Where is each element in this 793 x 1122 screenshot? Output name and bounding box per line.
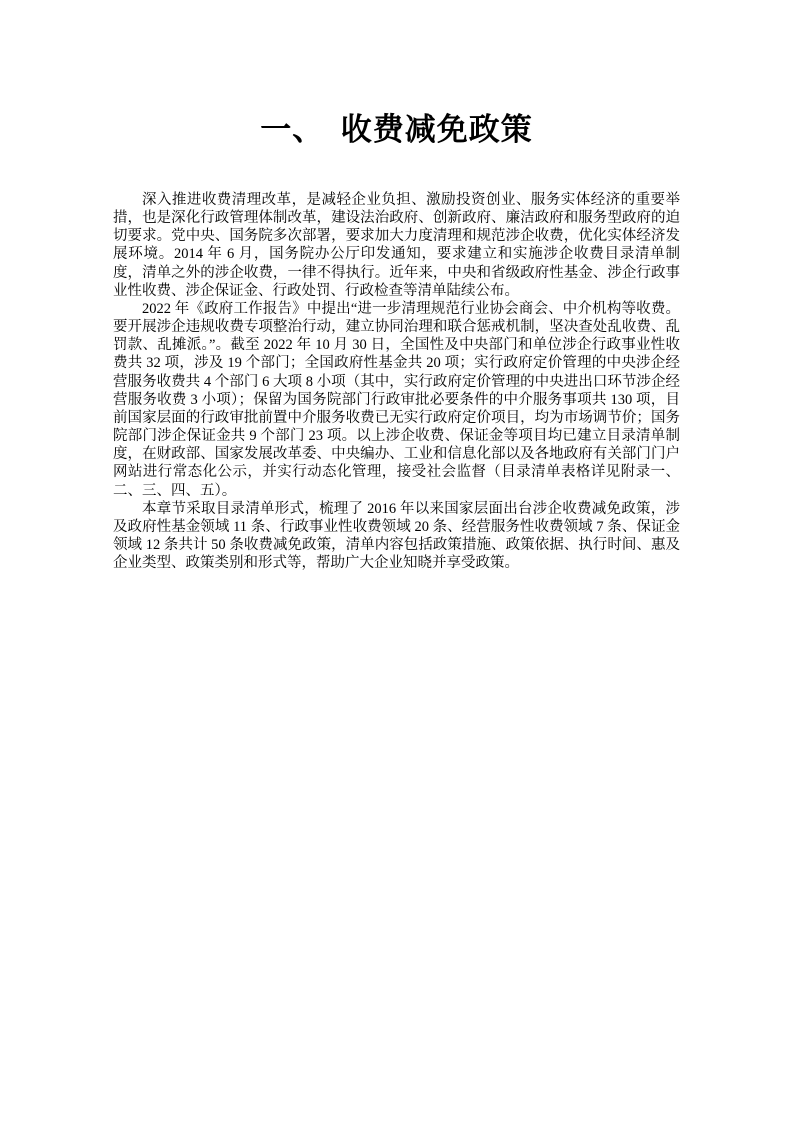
document-page: 一、 收费减免政策 深入推进收费清理改革，是减轻企业负担、激励投资创业、服务实体…	[0, 0, 793, 1122]
paragraph-intro: 深入推进收费清理改革，是减轻企业负担、激励投资创业、服务实体经济的重要举措，也是…	[113, 191, 680, 300]
paragraph-chapter-summary: 本章节采取目录清单形式，梳理了 2016 年以来国家层面出台涉企收费减免政策，涉…	[113, 500, 680, 573]
paragraph-2022-report: 2022 年《政府工作报告》中提出“进一步清理规范行业协会商会、中介机构等收费。…	[113, 300, 680, 500]
document-body: 深入推进收费清理改革，是减轻企业负担、激励投资创业、服务实体经济的重要举措，也是…	[113, 191, 680, 572]
section-title: 一、 收费减免政策	[113, 110, 680, 150]
